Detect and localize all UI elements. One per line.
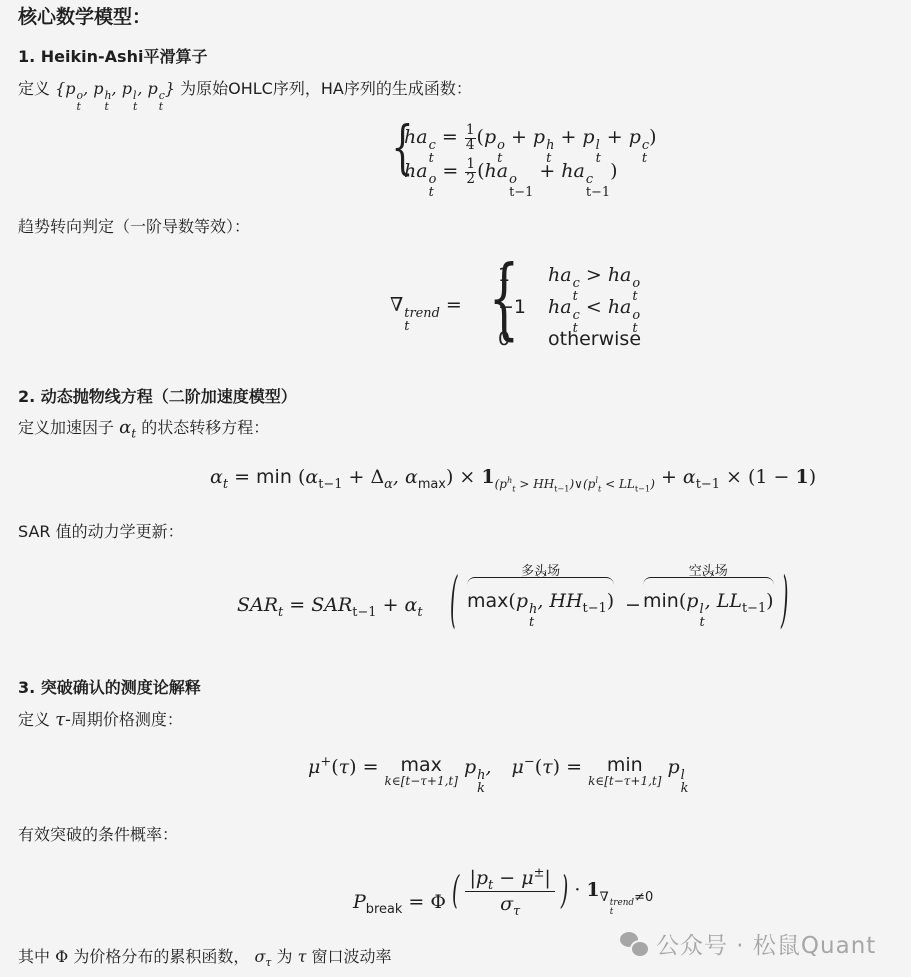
intro-suffix: 为原始OHLC序列，HA序列的生成函数： [180, 79, 472, 98]
page-title: 核心数学模型： [18, 2, 151, 29]
sar-label: SAR 值的动力学更新： [18, 519, 184, 542]
prob-label: 有效突破的条件概率： [18, 822, 178, 845]
break-probability-equation: Pbreak = Φ ( |pt − μ±| στ ) · 1∇trendt≠0 [353, 866, 653, 917]
intro-suffix: -周期价格测度： [65, 710, 183, 729]
section-2-intro: 定义加速因子 αt 的状态转移方程： [18, 415, 269, 438]
ohlc-set: {pot, pht, plt, pct} [55, 79, 175, 98]
watermark: 公众号 · 松鼠Quant [620, 927, 876, 960]
ha-open-equation: haot = 12(haot−1 + hact−1) [404, 158, 618, 200]
intro-prefix: 定义 [18, 710, 50, 729]
nabla-trend: ∇trendt = [390, 294, 462, 334]
intro-prefix: 定义加速因子 [18, 418, 114, 437]
section-1-heading: 1. Heikin-Ashi平滑算子 [18, 44, 207, 67]
section-1-intro: 定义 {pot, pht, plt, pct} 为原始OHLC序列，HA序列的生… [18, 76, 472, 113]
wechat-icon [620, 932, 648, 956]
trend-label: 趋势转向判定（一阶导数等效）： [18, 214, 250, 237]
intro-suffix: 的状态转移方程： [141, 418, 269, 437]
intro-prefix: 定义 [18, 79, 50, 98]
section-2-heading: 2. 动态抛物线方程（二阶加速度模型） [18, 384, 297, 407]
section-3-heading: 3. 突破确认的测度论解释 [18, 675, 201, 698]
alpha-equation: αt = min (αt−1 + Δα, αmax) × 1(pht > HHt… [210, 466, 816, 488]
mu-equation: μ+(τ) = maxk∈[t−τ+1,t] phk, μ−(τ) = mink… [308, 756, 688, 796]
document-page: 核心数学模型： 1. Heikin-Ashi平滑算子 定义 {pot, pht,… [0, 0, 911, 977]
footnote: 其中 Φ 为价格分布的累积函数， στ 为 τ 窗口波动率 [18, 944, 392, 967]
watermark-text: 公众号 · 松鼠Quant [656, 933, 876, 959]
trend-case-3: 0otherwise [498, 328, 641, 350]
section-3-intro: 定义 τ-周期价格测度： [18, 707, 183, 730]
short-field-overbrace: 空头场 min(plt, LLt−1) [643, 560, 774, 630]
long-field-overbrace: 多头场 max(pht, HHt−1) [467, 560, 614, 630]
